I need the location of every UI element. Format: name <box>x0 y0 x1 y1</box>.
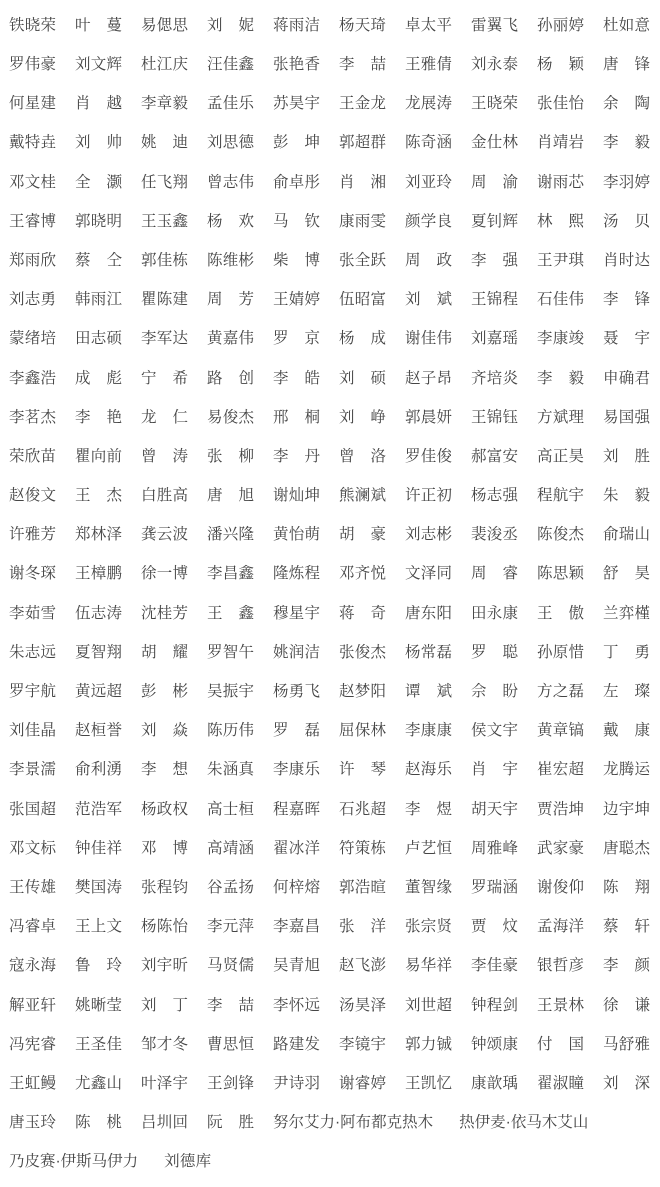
person-name: 王晓荣 <box>471 96 518 112</box>
person-name: 王睿博 <box>9 214 56 230</box>
person-name: 陈奇涵 <box>405 135 452 151</box>
person-name: 范浩军 <box>75 802 122 818</box>
person-name: 李茹雪 <box>9 606 56 622</box>
person-name: 王雅倩 <box>405 57 452 73</box>
person-name: 肖湘 <box>339 175 386 191</box>
person-name: 朱涵真 <box>207 762 254 778</box>
person-name: 蒋奇 <box>339 606 386 622</box>
person-name: 杨政权 <box>141 802 188 818</box>
person-name: 李艳 <box>75 410 122 426</box>
person-name: 罗智午 <box>207 645 254 661</box>
person-name: 戴康 <box>603 723 650 739</box>
person-name: 李佳豪 <box>471 958 518 974</box>
person-name: 刘志勇 <box>9 292 56 308</box>
person-name: 宁希 <box>141 371 188 387</box>
person-name: 谢睿婷 <box>339 1076 386 1092</box>
person-name: 程航宇 <box>537 488 584 504</box>
person-name: 王玉鑫 <box>141 214 188 230</box>
person-name: 刘焱 <box>141 723 188 739</box>
person-name: 王樟鹏 <box>75 566 122 582</box>
person-name: 姚迪 <box>141 135 188 151</box>
person-name: 尤鑫山 <box>75 1076 122 1092</box>
person-name: 刘深 <box>603 1076 650 1092</box>
person-name: 汪佳鑫 <box>207 57 254 73</box>
name-row: 罗伟豪刘文辉杜江庆汪佳鑫张艳香李喆王雅倩刘永泰杨颖唐锋 <box>9 45 651 84</box>
person-name: 潘兴隆 <box>207 527 254 543</box>
person-name: 夏智翔 <box>75 645 122 661</box>
person-name: 俞利湧 <box>75 762 122 778</box>
person-name: 徐谦 <box>603 998 650 1014</box>
person-name: 胡耀 <box>141 645 188 661</box>
name-row: 朱志远夏智翔胡耀罗智午姚润洁张俊杰杨常磊罗聪孙原惜丁勇 <box>9 633 651 672</box>
person-name: 邓博 <box>141 841 188 857</box>
person-name: 龙仁 <box>141 410 188 426</box>
person-name: 高士桓 <box>207 802 254 818</box>
name-row: 解亚轩姚晰莹刘丁李喆李怀远汤昊泽刘世超钟程剑王景林徐谦 <box>9 986 651 1025</box>
person-name: 曹思恒 <box>207 1037 254 1053</box>
person-name: 李镜宇 <box>339 1037 386 1053</box>
person-name: 姚润洁 <box>273 645 320 661</box>
person-name: 全灏 <box>75 175 122 191</box>
person-name: 马贤儒 <box>207 958 254 974</box>
person-name: 刘丁 <box>141 998 188 1014</box>
person-name: 贾浩坤 <box>537 802 584 818</box>
person-name: 易国强 <box>603 410 650 426</box>
person-name: 寇永海 <box>9 958 56 974</box>
person-name: 银哲彦 <box>537 958 584 974</box>
person-name: 王锦钰 <box>471 410 518 426</box>
person-name: 郭佳栋 <box>141 253 188 269</box>
person-name: 雷翼飞 <box>471 18 518 34</box>
person-name: 铁晓荣 <box>9 18 56 34</box>
person-name: 李羽婷 <box>603 175 650 191</box>
person-name: 余陶 <box>603 96 650 112</box>
name-row: 许雅芳郑林泽龚云波潘兴隆黄怡萌胡豪刘志彬裴浚丞陈俊杰俞瑞山 <box>9 515 651 554</box>
person-name: 刘文辉 <box>75 57 122 73</box>
person-name: 周渝 <box>471 175 518 191</box>
name-row: 何星建肖越李章毅孟佳乐苏昊宇王金龙龙展涛王晓荣张佳怡余陶 <box>9 84 651 123</box>
person-name: 李锋 <box>603 292 650 308</box>
person-name: 肖宇 <box>471 762 518 778</box>
person-name: 李昌鑫 <box>207 566 254 582</box>
person-name: 龚云波 <box>141 527 188 543</box>
person-name: 符策栋 <box>339 841 386 857</box>
person-name: 易俊杰 <box>207 410 254 426</box>
person-name: 高靖涵 <box>207 841 254 857</box>
person-name: 侯文宇 <box>471 723 518 739</box>
person-name: 樊国涛 <box>75 880 122 896</box>
person-name: 周芳 <box>207 292 254 308</box>
person-name: 刘亚玲 <box>405 175 452 191</box>
person-name: 邓齐悦 <box>339 566 386 582</box>
person-name: 易华祥 <box>405 958 452 974</box>
person-name: 罗聪 <box>471 645 518 661</box>
person-name: 刘嘉瑶 <box>471 331 518 347</box>
person-name: 杨志强 <box>471 488 518 504</box>
name-row: 谢冬琛王樟鹏徐一博李昌鑫隆炼程邓齐悦文泽同周睿陈思颖舒昊 <box>9 555 651 594</box>
person-name: 边宇坤 <box>603 802 650 818</box>
name-row: 赵俊文王杰白胜高唐旭谢灿坤熊澜斌许正初杨志强程航宇朱毅 <box>9 476 651 515</box>
person-name: 刘志彬 <box>405 527 452 543</box>
person-name: 康歆瑀 <box>471 1076 518 1092</box>
person-name: 张国超 <box>9 802 56 818</box>
person-name: 林熙 <box>537 214 584 230</box>
person-name: 黄怡萌 <box>273 527 320 543</box>
person-name: 李毅 <box>537 371 584 387</box>
person-name: 杨颖 <box>537 57 584 73</box>
person-name: 马舒雅 <box>603 1037 650 1053</box>
person-name: 聂宇 <box>603 331 650 347</box>
person-name: 曾涛 <box>141 449 188 465</box>
person-name: 谷孟扬 <box>207 880 254 896</box>
person-name: 龙腾运 <box>603 762 650 778</box>
person-name: 罗瑞涵 <box>471 880 518 896</box>
person-name: 贾炆 <box>471 919 518 935</box>
name-row: 寇永海鲁玲刘宇昕马贤儒吴青旭赵飞澎易华祥李佳豪银哲彦李颜 <box>9 947 651 986</box>
person-name: 胡天宇 <box>471 802 518 818</box>
name-row: 乃皮赛·伊斯马伊力刘德库 <box>9 1142 651 1181</box>
person-name: 赵梦阳 <box>339 684 386 700</box>
person-name: 赵海乐 <box>405 762 452 778</box>
person-name: 唐东阳 <box>405 606 452 622</box>
person-name: 黄嘉伟 <box>207 331 254 347</box>
person-name: 陈维彬 <box>207 253 254 269</box>
person-name: 翟淑瞳 <box>537 1076 584 1092</box>
person-name: 颜学良 <box>405 214 452 230</box>
person-name: 蒙绪培 <box>9 331 56 347</box>
person-name: 王上文 <box>75 919 122 935</box>
person-name: 罗京 <box>273 331 320 347</box>
person-name: 刘佳晶 <box>9 723 56 739</box>
person-name: 易偲思 <box>141 18 188 34</box>
person-name: 刘帅 <box>75 135 122 151</box>
person-name: 陈俊杰 <box>537 527 584 543</box>
person-name: 路创 <box>207 371 254 387</box>
person-name: 努尔艾力·阿布都克热木 <box>273 1115 433 1131</box>
person-name: 唐聪杰 <box>603 841 650 857</box>
person-name: 冯宪睿 <box>9 1037 56 1053</box>
person-name: 卓太平 <box>405 18 452 34</box>
person-name: 刘德库 <box>164 1154 211 1170</box>
person-name: 荣欣苗 <box>9 449 56 465</box>
person-name: 王傲 <box>537 606 584 622</box>
person-name: 肖时达 <box>603 253 650 269</box>
person-name: 李颜 <box>603 958 650 974</box>
person-name: 汤昊泽 <box>339 998 386 1014</box>
person-name: 黄章镐 <box>537 723 584 739</box>
person-name: 胡豪 <box>339 527 386 543</box>
person-name: 石兆超 <box>339 802 386 818</box>
person-name: 刘胜 <box>603 449 650 465</box>
person-name: 任飞翔 <box>141 175 188 191</box>
person-name: 沈桂芳 <box>141 606 188 622</box>
person-name: 罗伟豪 <box>9 57 56 73</box>
person-name: 柴博 <box>273 253 320 269</box>
person-name: 刘永泰 <box>471 57 518 73</box>
person-name: 王鑫 <box>207 606 254 622</box>
person-name: 熊澜斌 <box>339 488 386 504</box>
person-name: 俞卓彤 <box>273 175 320 191</box>
person-name: 汤贝 <box>603 214 650 230</box>
person-name: 伍志涛 <box>75 606 122 622</box>
person-name: 肖越 <box>75 96 122 112</box>
person-name: 王婧婷 <box>273 292 320 308</box>
person-name: 阮胜 <box>207 1115 254 1131</box>
person-name: 彭彬 <box>141 684 188 700</box>
name-row: 张国超范浩军杨政权高士桓程嘉晖石兆超李煜胡天宇贾浩坤边宇坤 <box>9 790 651 829</box>
person-name: 李章毅 <box>141 96 188 112</box>
person-name: 方之磊 <box>537 684 584 700</box>
person-name: 吕圳回 <box>141 1115 188 1131</box>
person-name: 罗磊 <box>273 723 320 739</box>
name-row: 李鑫浩成彪宁希路创李皓刘硕赵子昂齐培炎李毅申确君 <box>9 359 651 398</box>
name-row: 冯睿卓王上文杨陈怡李元萍李嘉昌张洋张宗贤贾炆孟海洋蔡轩 <box>9 907 651 946</box>
person-name: 乃皮赛·伊斯马伊力 <box>9 1154 138 1170</box>
person-name: 郑林泽 <box>75 527 122 543</box>
person-name: 龙展涛 <box>405 96 452 112</box>
person-name: 王圣佳 <box>75 1037 122 1053</box>
person-name: 李丹 <box>273 449 320 465</box>
person-name: 朱志远 <box>9 645 56 661</box>
name-row: 刘佳晶赵桓誉刘焱陈历伟罗磊屈保林李康康侯文宇黄章镐戴康 <box>9 711 651 750</box>
person-name: 张艳香 <box>273 57 320 73</box>
person-name: 李想 <box>141 762 188 778</box>
person-name: 李康康 <box>405 723 452 739</box>
person-name: 张程钧 <box>141 880 188 896</box>
person-name: 陈思颖 <box>537 566 584 582</box>
name-row: 王睿博郭晓明王玉鑫杨欢马钦康雨雯颜学良夏钊辉林熙汤贝 <box>9 202 651 241</box>
person-name: 周睿 <box>471 566 518 582</box>
person-name: 杨常磊 <box>405 645 452 661</box>
person-name: 徐一博 <box>141 566 188 582</box>
name-row: 冯宪睿王圣佳邹才冬曹思恒路建发李镜宇郭力铖钟颂康付国马舒雅 <box>9 1025 651 1064</box>
person-name: 康雨雯 <box>339 214 386 230</box>
person-name: 唐锋 <box>603 57 650 73</box>
person-name: 王金龙 <box>339 96 386 112</box>
person-name: 杨天琦 <box>339 18 386 34</box>
person-name: 罗佳俊 <box>405 449 452 465</box>
person-name: 谭斌 <box>405 684 452 700</box>
person-name: 王尹琪 <box>537 253 584 269</box>
person-name: 王虹鳗 <box>9 1076 56 1092</box>
person-name: 李茗杰 <box>9 410 56 426</box>
person-name: 肖靖岩 <box>537 135 584 151</box>
person-name: 齐培炎 <box>471 371 518 387</box>
person-name: 刘宇昕 <box>141 958 188 974</box>
person-name: 何梓熔 <box>273 880 320 896</box>
person-name: 谢佳伟 <box>405 331 452 347</box>
person-name: 刘世超 <box>405 998 452 1014</box>
person-name: 翟冰洋 <box>273 841 320 857</box>
person-name: 韩雨江 <box>75 292 122 308</box>
name-row: 铁晓荣叶蔓易偲思刘妮蒋雨洁杨天琦卓太平雷翼飞孙丽婷杜如意 <box>9 6 651 45</box>
name-row: 郑雨欣蔡仝郭佳栋陈维彬柴博张全跃周政李强王尹琪肖时达 <box>9 241 651 280</box>
person-name: 高正昊 <box>537 449 584 465</box>
person-name: 许琴 <box>339 762 386 778</box>
person-name: 周雅峰 <box>471 841 518 857</box>
person-name: 蔡轩 <box>603 919 650 935</box>
person-name: 郭晓明 <box>75 214 122 230</box>
person-name: 王杰 <box>75 488 122 504</box>
person-name: 陈桃 <box>75 1115 122 1131</box>
person-name: 方斌理 <box>537 410 584 426</box>
person-name: 郝富安 <box>471 449 518 465</box>
person-name: 董智缘 <box>405 880 452 896</box>
person-name: 杜江庆 <box>141 57 188 73</box>
person-name: 王景林 <box>537 998 584 1014</box>
person-name: 解亚轩 <box>9 998 56 1014</box>
person-name: 兰弈槿 <box>603 606 650 622</box>
person-name: 蒋雨洁 <box>273 18 320 34</box>
person-name: 冯睿卓 <box>9 919 56 935</box>
person-name: 王锦程 <box>471 292 518 308</box>
name-row: 李景濡俞利湧李想朱涵真李康乐许琴赵海乐肖宇崔宏超龙腾运 <box>9 751 651 790</box>
person-name: 李怀远 <box>273 998 320 1014</box>
person-name: 何星建 <box>9 96 56 112</box>
person-name: 刘斌 <box>405 292 452 308</box>
person-name: 孙原惜 <box>537 645 584 661</box>
name-row: 蒙绪培田志硕李军达黄嘉伟罗京杨成谢佳伟刘嘉瑶李康竣聂宇 <box>9 320 651 359</box>
person-name: 苏昊宇 <box>273 96 320 112</box>
person-name: 黄远超 <box>75 684 122 700</box>
person-name: 叶蔓 <box>75 18 122 34</box>
person-name: 张洋 <box>339 919 386 935</box>
person-name: 钟颂康 <box>471 1037 518 1053</box>
person-name: 卢艺恒 <box>405 841 452 857</box>
name-row: 戴特垚刘帅姚迪刘思德彭坤郭超群陈奇涵金仕林肖靖岩李毅 <box>9 124 651 163</box>
person-name: 叶泽宇 <box>141 1076 188 1092</box>
person-name: 路建发 <box>273 1037 320 1053</box>
name-row: 李茹雪伍志涛沈桂芳王鑫穆星宇蒋奇唐东阳田永康王傲兰弈槿 <box>9 594 651 633</box>
person-name: 唐玉玲 <box>9 1115 56 1131</box>
person-name: 钟佳祥 <box>75 841 122 857</box>
person-name: 邢桐 <box>273 410 320 426</box>
person-name: 蔡仝 <box>75 253 122 269</box>
person-name: 白胜高 <box>141 488 188 504</box>
person-name: 孟海洋 <box>537 919 584 935</box>
person-name: 田志硕 <box>75 331 122 347</box>
person-name: 谢俊仰 <box>537 880 584 896</box>
name-row: 唐玉玲陈桃吕圳回阮胜努尔艾力·阿布都克热木热伊麦·依马木艾山 <box>9 1103 651 1142</box>
name-row: 王传雄樊国涛张程钧谷孟扬何梓熔郭浩暄董智缘罗瑞涵谢俊仰陈翔 <box>9 868 651 907</box>
person-name: 赵俊文 <box>9 488 56 504</box>
person-name: 李鑫浩 <box>9 371 56 387</box>
person-name: 佘盼 <box>471 684 518 700</box>
person-name: 伍昭富 <box>339 292 386 308</box>
person-name: 戴特垚 <box>9 135 56 151</box>
person-name: 张柳 <box>207 449 254 465</box>
person-name: 刘硕 <box>339 371 386 387</box>
person-name: 李强 <box>471 253 518 269</box>
person-name: 丁勇 <box>603 645 650 661</box>
person-name: 舒昊 <box>603 566 650 582</box>
person-name: 罗宇航 <box>9 684 56 700</box>
person-name: 李康乐 <box>273 762 320 778</box>
person-name: 张佳怡 <box>537 96 584 112</box>
person-name: 王传雄 <box>9 880 56 896</box>
name-row: 李茗杰李艳龙仁易俊杰邢桐刘峥郭晨妍王锦钰方斌理易国强 <box>9 398 651 437</box>
name-row: 荣欣苗瞿向前曾涛张柳李丹曾洛罗佳俊郝富安高正昊刘胜 <box>9 437 651 476</box>
person-name: 李军达 <box>141 331 188 347</box>
name-row: 罗宇航黄远超彭彬吴振宇杨勇飞赵梦阳谭斌佘盼方之磊左璨 <box>9 672 651 711</box>
person-name: 邓文标 <box>9 841 56 857</box>
person-name: 郭超群 <box>339 135 386 151</box>
person-name: 杨勇飞 <box>273 684 320 700</box>
person-name: 谢灿坤 <box>273 488 320 504</box>
person-name: 武家豪 <box>537 841 584 857</box>
person-name: 屈保林 <box>339 723 386 739</box>
person-name: 张全跃 <box>339 253 386 269</box>
person-name: 姚晰莹 <box>75 998 122 1014</box>
person-name: 鲁玲 <box>75 958 122 974</box>
person-name: 尹诗羽 <box>273 1076 320 1092</box>
person-name: 许雅芳 <box>9 527 56 543</box>
person-name: 文泽同 <box>405 566 452 582</box>
person-name: 成彪 <box>75 371 122 387</box>
name-row: 王虹鳗尤鑫山叶泽宇王剑锋尹诗羽谢睿婷王凯忆康歆瑀翟淑瞳刘深 <box>9 1064 651 1103</box>
person-name: 朱毅 <box>603 488 650 504</box>
person-name: 吴振宇 <box>207 684 254 700</box>
person-name: 刘思德 <box>207 135 254 151</box>
person-name: 申确君 <box>603 371 650 387</box>
name-row: 刘志勇韩雨江瞿陈建周芳王婧婷伍昭富刘斌王锦程石佳伟李锋 <box>9 280 651 319</box>
person-name: 王剑锋 <box>207 1076 254 1092</box>
person-name: 郭晨妍 <box>405 410 452 426</box>
person-name: 周政 <box>405 253 452 269</box>
person-name: 杜如意 <box>603 18 650 34</box>
name-row: 邓文标钟佳祥邓博高靖涵翟冰洋符策栋卢艺恒周雅峰武家豪唐聪杰 <box>9 829 651 868</box>
person-name: 张宗贤 <box>405 919 452 935</box>
person-name: 马钦 <box>273 214 320 230</box>
person-name: 杨陈怡 <box>141 919 188 935</box>
person-name: 李皓 <box>273 371 320 387</box>
person-name: 曾洛 <box>339 449 386 465</box>
person-name: 李景濡 <box>9 762 56 778</box>
person-name: 崔宏超 <box>537 762 584 778</box>
person-name: 李煜 <box>405 802 452 818</box>
person-name: 刘峥 <box>339 410 386 426</box>
person-name: 李喆 <box>339 57 386 73</box>
person-name: 赵桓誉 <box>75 723 122 739</box>
person-name: 穆星宇 <box>273 606 320 622</box>
person-name: 程嘉晖 <box>273 802 320 818</box>
person-name: 李嘉昌 <box>273 919 320 935</box>
person-name: 瞿陈建 <box>141 292 188 308</box>
name-list: 铁晓荣叶蔓易偲思刘妮蒋雨洁杨天琦卓太平雷翼飞孙丽婷杜如意罗伟豪刘文辉杜江庆汪佳鑫… <box>0 0 660 1182</box>
person-name: 郑雨欣 <box>9 253 56 269</box>
person-name: 李毅 <box>603 135 650 151</box>
person-name: 邓文桂 <box>9 175 56 191</box>
person-name: 李康竣 <box>537 331 584 347</box>
person-name: 俞瑞山 <box>603 527 650 543</box>
person-name: 钟程剑 <box>471 998 518 1014</box>
person-name: 彭坤 <box>273 135 320 151</box>
person-name: 孙丽婷 <box>537 18 584 34</box>
person-name: 吴青旭 <box>273 958 320 974</box>
person-name: 刘妮 <box>207 18 254 34</box>
person-name: 夏钊辉 <box>471 214 518 230</box>
person-name: 瞿向前 <box>75 449 122 465</box>
person-name: 裴浚丞 <box>471 527 518 543</box>
person-name: 杨欢 <box>207 214 254 230</box>
person-name: 郭浩暄 <box>339 880 386 896</box>
person-name: 热伊麦·依马木艾山 <box>459 1115 588 1131</box>
name-row: 邓文桂全灏任飞翔曾志伟俞卓彤肖湘刘亚玲周渝谢雨芯李羽婷 <box>9 163 651 202</box>
person-name: 许正初 <box>405 488 452 504</box>
person-name: 陈历伟 <box>207 723 254 739</box>
person-name: 李喆 <box>207 998 254 1014</box>
person-name: 田永康 <box>471 606 518 622</box>
